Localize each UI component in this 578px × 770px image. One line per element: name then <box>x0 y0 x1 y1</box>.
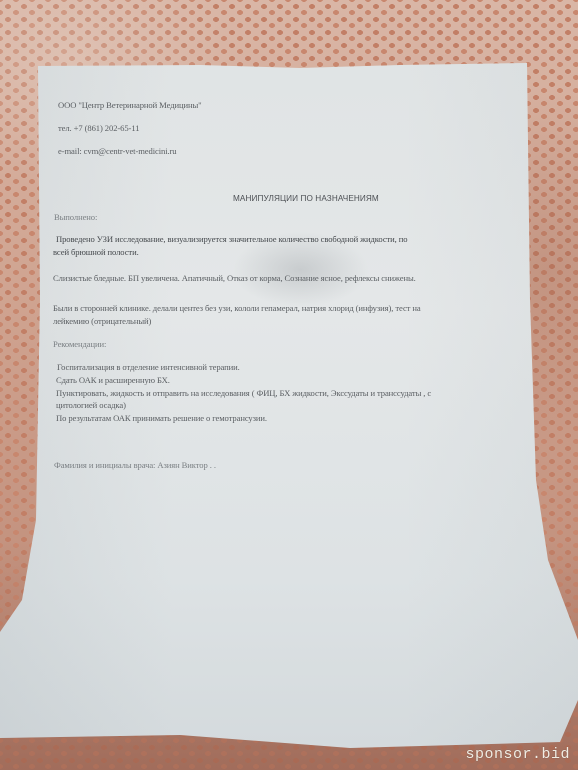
recommendation-item: Сдать ОАК и расширенную БХ. <box>56 375 170 385</box>
doctor-signature: Фамилия и инициалы врача: Азиян Виктор .… <box>54 460 216 470</box>
header-organization: ООО "Центр Ветеринарной Медицины" <box>58 100 202 110</box>
recommendation-item: По результатам ОАК принимать решение о г… <box>56 413 267 423</box>
finding-line: Слизистые бледные. БП увеличена. Апатичн… <box>53 273 416 283</box>
document-title: МАНИПУЛЯЦИИ ПО НАЗНАЧЕНИЯМ <box>233 194 379 203</box>
finding-line: Проведено УЗИ исследование, визуализируе… <box>56 234 407 244</box>
watermark: sponsor.bid <box>465 746 570 763</box>
finding-line: лейкемию (отрицательный) <box>53 316 151 326</box>
done-label: Выполнено: <box>54 212 97 222</box>
recommendation-item: Пунктировать, жидкость и отправить на ис… <box>56 388 431 398</box>
finding-line: Были в сторонней клинике. делали центез … <box>53 303 421 313</box>
recommendation-item: Госпитализация в отделение интенсивной т… <box>57 362 240 372</box>
header-phone: тел. +7 (861) 202-65-11 <box>58 123 139 133</box>
header-email: e-mail: cvm@centr-vet-medicini.ru <box>58 146 177 156</box>
recommendations-label: Рекомендации: <box>53 339 106 349</box>
recommendation-item: цитологией осадка) <box>56 400 126 410</box>
paper-sheet: ООО "Центр Ветеринарной Медицины" тел. +… <box>0 0 578 770</box>
finding-line: всей брюшной полости. <box>53 247 139 257</box>
